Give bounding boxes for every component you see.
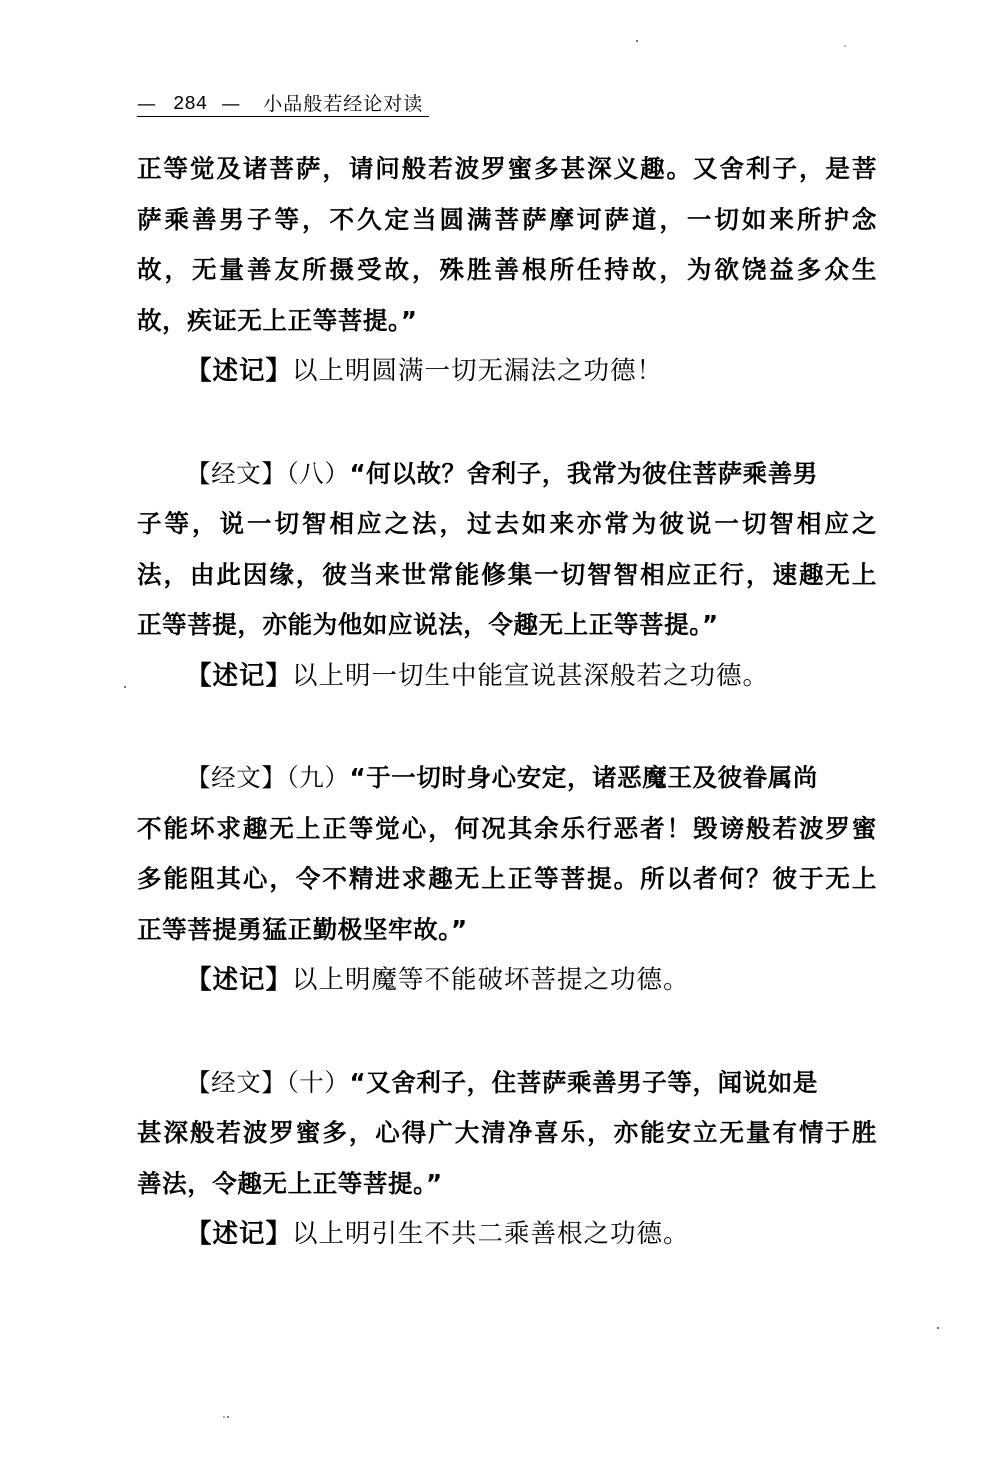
sutra-section-10: 【经文】（十）“又舍利子，住菩萨乘善男子等，闻说如是 甚深般若波罗蜜多，心得广大…: [137, 1058, 877, 1260]
commentary-note: 【述记】以上明引生不共二乘善根之功德。: [137, 1209, 877, 1260]
commentary-note: 【述记】以上明魔等不能破坏菩提之功德。: [137, 955, 877, 1006]
scan-speck: [124, 686, 126, 688]
section-number: （九）: [286, 763, 349, 792]
sutra-text: “于一切时身心安定，诸恶魔王及彼眷属尚: [349, 763, 818, 792]
page-body: 正等觉及诸菩萨，请问般若波罗蜜多甚深义趣。又舍利子，是菩 萨乘善男子等，不久定当…: [137, 144, 877, 1260]
commentary-label: 【述记】: [186, 356, 292, 386]
section-gap: [137, 701, 877, 753]
text-line: 正等菩提勇猛正勤极坚牢故。”: [137, 905, 877, 956]
sutra-label: 【经文】: [186, 763, 286, 792]
sutra-first-line: 【经文】（九）“于一切时身心安定，诸恶魔王及彼眷属尚: [137, 753, 877, 804]
commentary-note: 【述记】以上明圆满一切无漏法之功德！: [137, 346, 877, 397]
text-line: 多能阻其心，令不精进求趣无上正等菩提。所以者何？彼于无上: [137, 854, 877, 905]
sutra-text: “何以故？舍利子，我常为彼住菩萨乘善男: [349, 459, 818, 488]
text-line: 故，疾证无上正等菩提。”: [137, 296, 877, 347]
page-number: 284: [173, 92, 207, 116]
commentary-text: 以上明一切生中能宣说甚深般若之功德。: [292, 661, 769, 691]
sutra-first-line: 【经文】（十）“又舍利子，住菩萨乘善男子等，闻说如是: [137, 1058, 877, 1109]
book-title: 小品般若经论对读: [263, 92, 423, 116]
sutra-text: “又舍利子，住菩萨乘善男子等，闻说如是: [349, 1068, 818, 1097]
header-dash-right: —: [221, 92, 243, 116]
text-line: 故，无量善友所摄受故，殊胜善根所任持故，为欲饶益多众生: [137, 245, 877, 296]
text-line: 正等菩提，亦能为他如应说法，令趣无上正等菩提。”: [137, 600, 877, 651]
text-line: 不能坏求趣无上正等觉心，何况其余乐行恶者！毁谤般若波罗蜜: [137, 804, 877, 855]
continuation-paragraph: 正等觉及诸菩萨，请问般若波罗蜜多甚深义趣。又舍利子，是菩 萨乘善男子等，不久定当…: [137, 144, 877, 397]
scan-speck: [937, 1327, 939, 1329]
commentary-text: 以上明魔等不能破坏菩提之功德。: [292, 965, 690, 995]
sutra-section-8: 【经文】（八）“何以故？舍利子，我常为彼住菩萨乘善男 子等，说一切智相应之法，过…: [137, 449, 877, 702]
scan-speck: [223, 1416, 225, 1418]
text-line: 甚深般若波罗蜜多，心得广大清净喜乐，亦能安立无量有情于胜: [137, 1108, 877, 1159]
section-gap: [137, 1006, 877, 1058]
header-dash-left: —: [137, 92, 159, 116]
text-line: 正等觉及诸菩萨，请问般若波罗蜜多甚深义趣。又舍利子，是菩: [137, 144, 877, 195]
scan-speck: [636, 40, 638, 42]
commentary-label: 【述记】: [186, 661, 292, 691]
commentary-text: 以上明圆满一切无漏法之功德！: [292, 356, 663, 386]
sutra-label: 【经文】: [186, 459, 286, 488]
sutra-first-line: 【经文】（八）“何以故？舍利子，我常为彼住菩萨乘善男: [137, 449, 877, 500]
text-line: 萨乘善男子等，不久定当圆满菩萨摩诃萨道，一切如来所护念: [137, 195, 877, 246]
scan-speck: [227, 1416, 229, 1418]
section-gap: [137, 397, 877, 449]
text-line: 子等，说一切智相应之法，过去如来亦常为彼说一切智相应之: [137, 499, 877, 550]
section-number: （十）: [286, 1068, 349, 1097]
text-line: 善法，令趣无上正等菩提。”: [137, 1159, 877, 1210]
sutra-section-9: 【经文】（九）“于一切时身心安定，诸恶魔王及彼眷属尚 不能坏求趣无上正等觉心，何…: [137, 753, 877, 1006]
commentary-text: 以上明引生不共二乘善根之功德。: [292, 1219, 690, 1249]
section-number: （八）: [286, 459, 349, 488]
scan-speck: [844, 45, 846, 47]
commentary-note: 【述记】以上明一切生中能宣说甚深般若之功德。: [137, 651, 877, 702]
sutra-label: 【经文】: [186, 1068, 286, 1097]
running-header: — 284 — 小品般若经论对读: [137, 88, 429, 117]
commentary-label: 【述记】: [186, 1219, 292, 1249]
text-line: 法，由此因缘，彼当来世常能修集一切智智相应正行，速趣无上: [137, 550, 877, 601]
commentary-label: 【述记】: [186, 965, 292, 995]
